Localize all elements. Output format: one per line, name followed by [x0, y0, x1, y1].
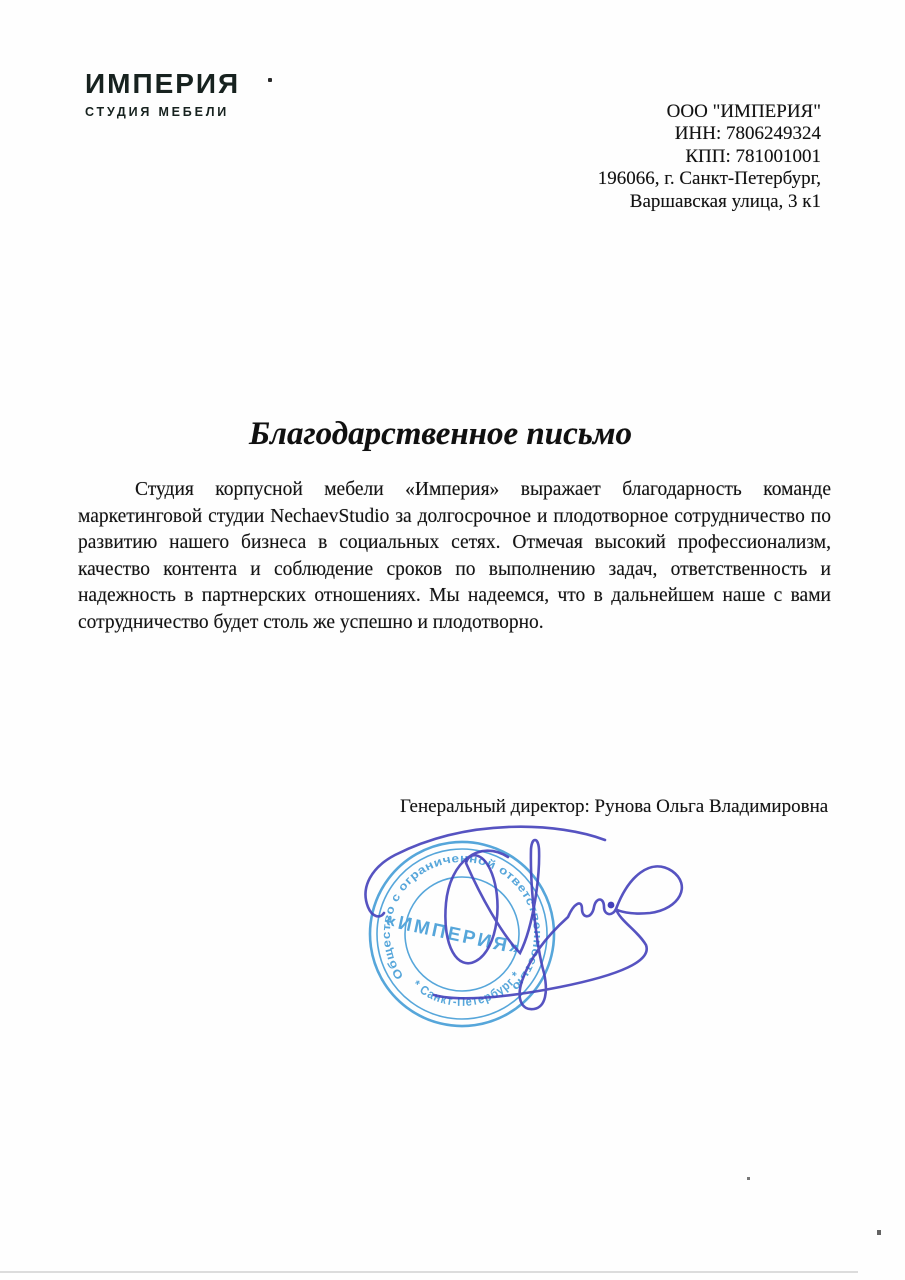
company-kpp-line: КПП: 781001001	[598, 146, 821, 168]
logo-subtitle: СТУДИЯ МЕБЕЛИ	[85, 105, 240, 119]
company-street-line: Варшавская улица, 3 к1	[598, 191, 821, 213]
scan-speck	[877, 1230, 881, 1235]
scanned-letter-page: ИМПЕРИЯ СТУДИЯ МЕБЕЛИ ООО "ИМПЕРИЯ" ИНН:…	[0, 0, 905, 1280]
company-details: ООО "ИМПЕРИЯ" ИНН: 7806249324 КПП: 78100…	[598, 101, 821, 213]
stamp-city-text: * Санкт-Петербург *	[409, 963, 527, 1016]
scan-speck	[747, 1177, 750, 1180]
signature-ink-dot	[608, 902, 615, 909]
company-inn-line: ИНН: 7806249324	[598, 123, 821, 145]
logo-trademark-dot	[268, 78, 272, 82]
scan-edge-line	[0, 1271, 858, 1273]
letter-title: Благодарственное письмо	[0, 416, 881, 453]
company-name-line: ООО "ИМПЕРИЯ"	[598, 101, 821, 123]
logo-title: ИМПЕРИЯ	[85, 68, 240, 100]
company-city-line: 196066, г. Санкт-Петербург,	[598, 168, 821, 190]
company-logo: ИМПЕРИЯ СТУДИЯ МЕБЕЛИ	[85, 68, 240, 119]
letter-body: Студия корпусной мебели «Империя» выража…	[78, 477, 831, 637]
stamp-and-signature-block: Общество с ограниченной ответственностью…	[320, 815, 700, 1050]
